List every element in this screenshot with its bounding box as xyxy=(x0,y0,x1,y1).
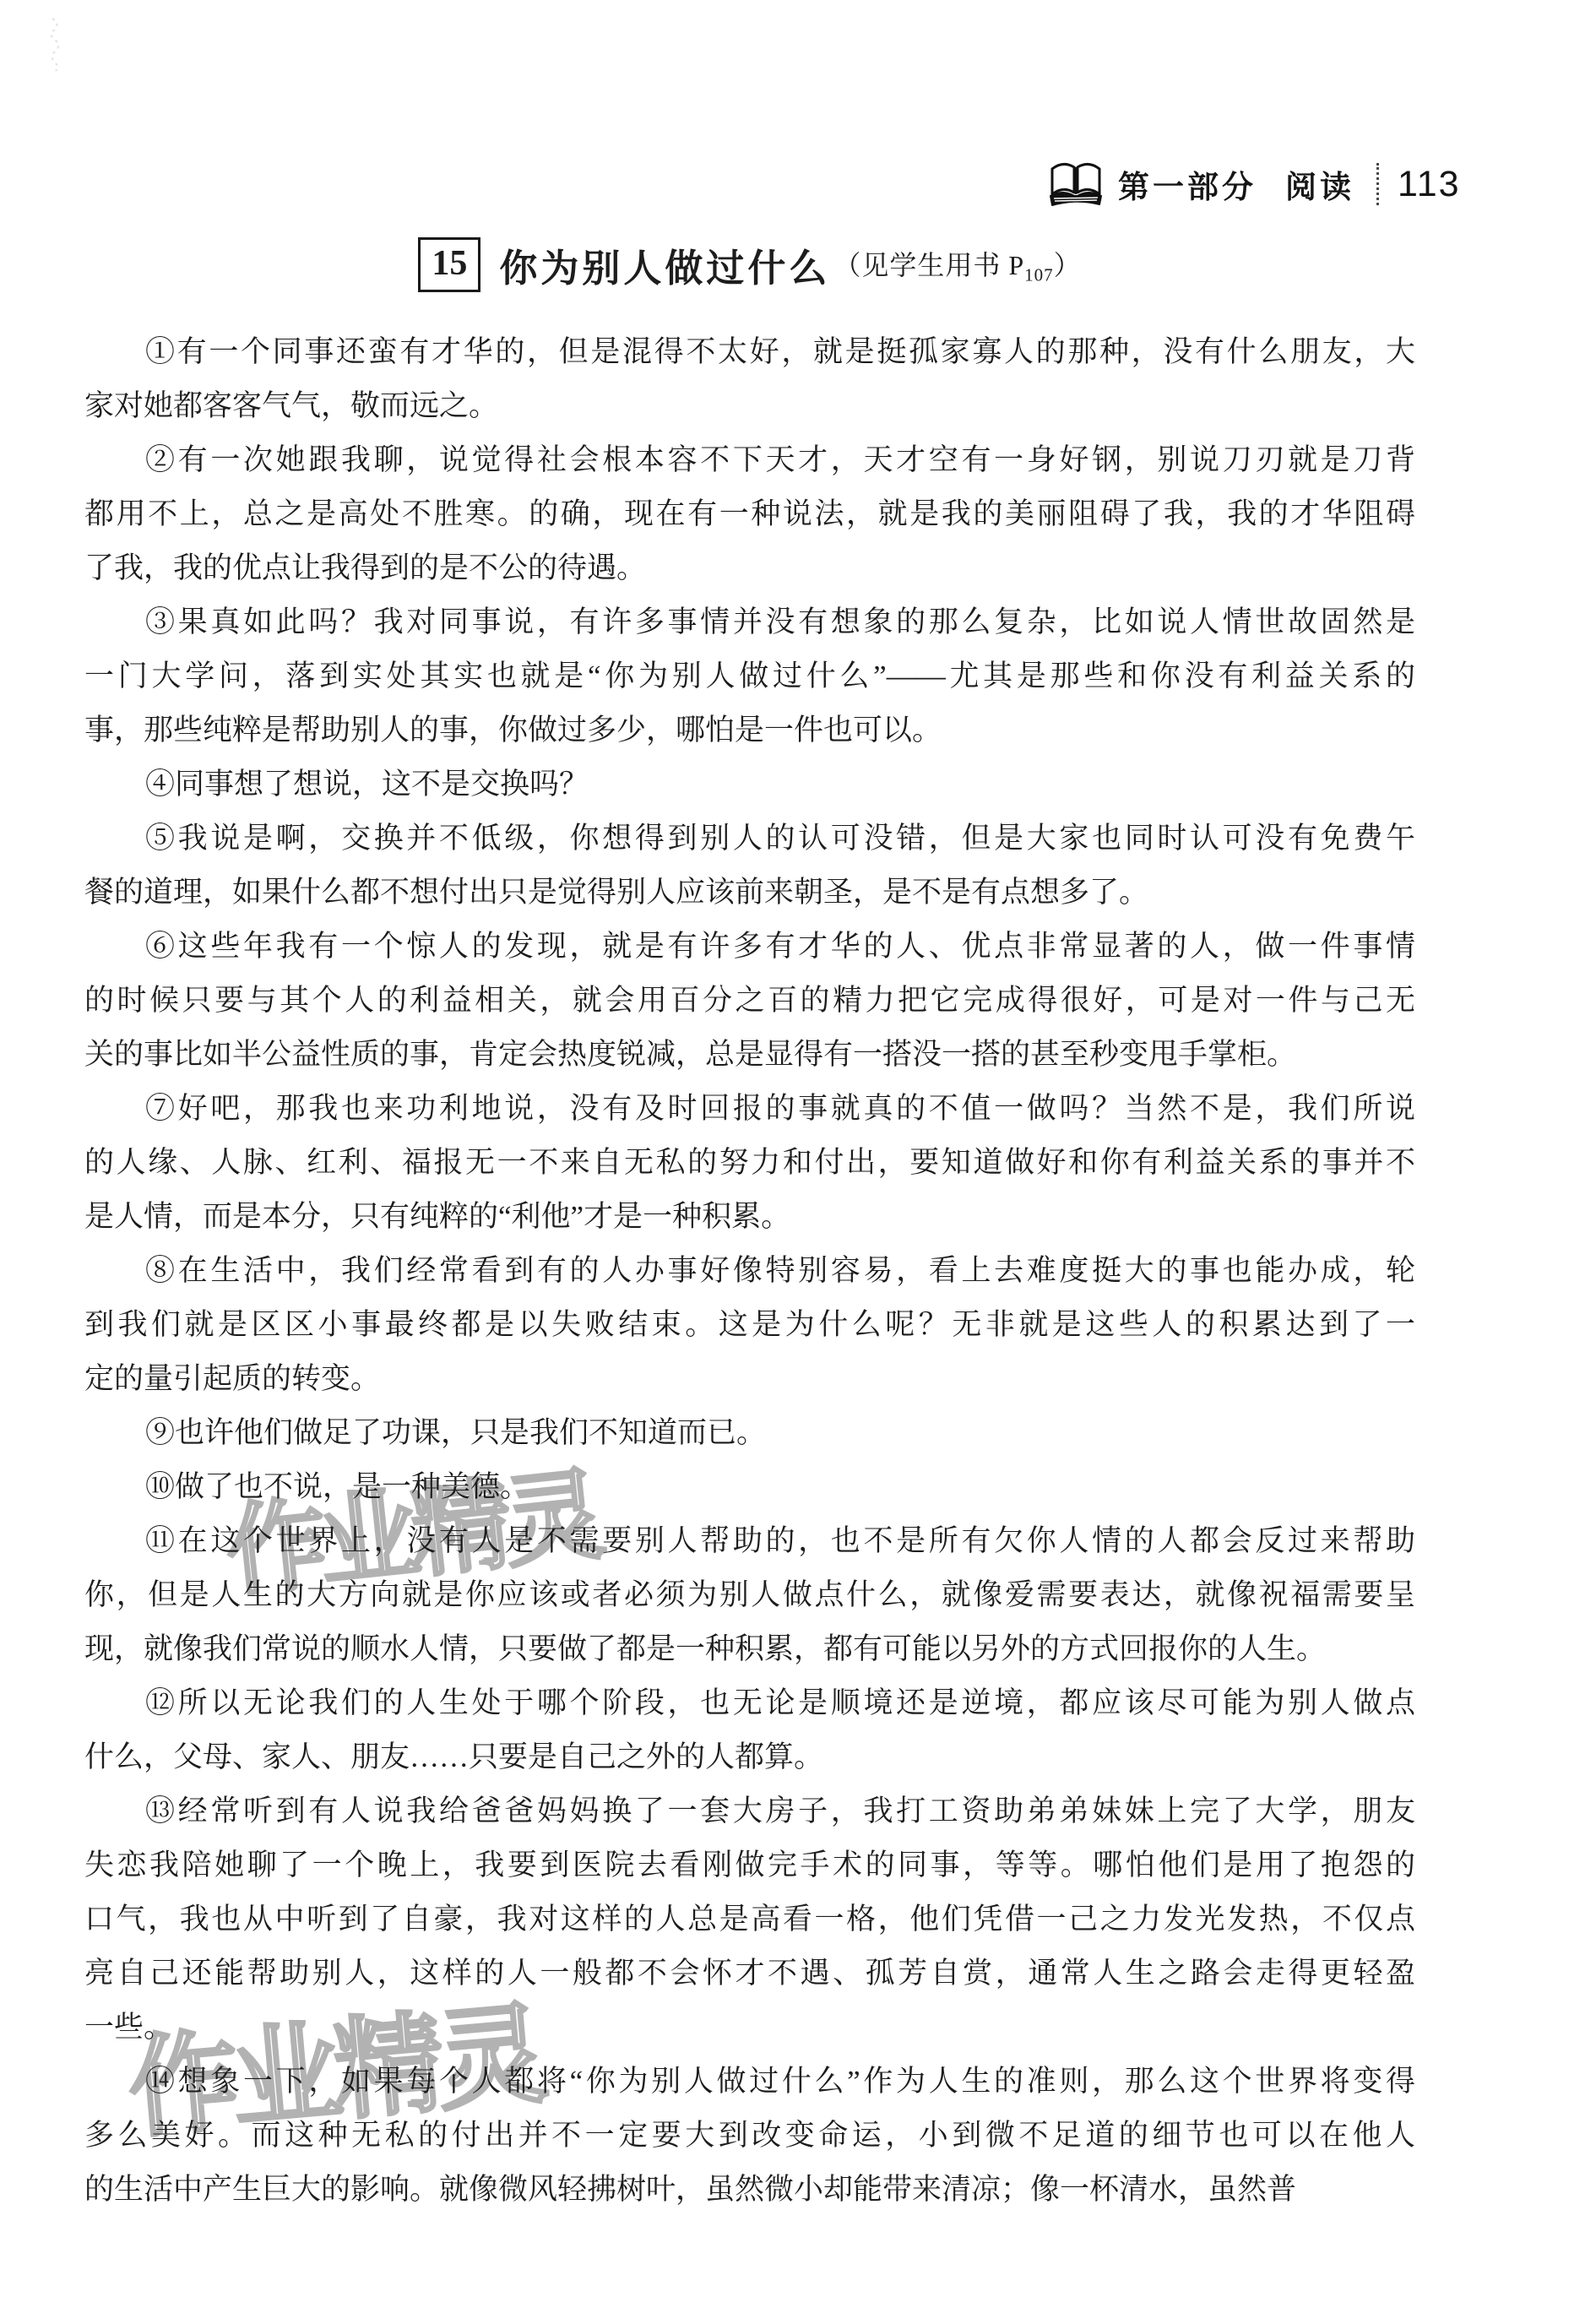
passage-line: 餐的道理，如果什么都不想付出只是觉得别人应该前来朝圣，是不是有点想多了。 xyxy=(84,866,1415,920)
passage-line: ④同事想了想说，这不是交换吗？ xyxy=(84,757,1415,812)
lesson-title-note: （见学生用书 P107） xyxy=(833,244,1081,285)
lesson-title: 你为别人做过什么 xyxy=(499,237,830,292)
passage-line: ⑥这些年我有一个惊人的发现，就是有许多有才华的人、优点非常显著的人，做一件事情 xyxy=(84,920,1415,974)
scan-artifact xyxy=(41,15,66,74)
passage-line: 现，就像我们常说的顺水人情，只要做了都是一种积累，都有可能以另外的方式回报你的人… xyxy=(84,1622,1415,1676)
passage-line: 关的事比如半公益性质的事，肯定会热度锐减，总是显得有一搭没一搭的甚至秒变甩手掌柜… xyxy=(84,1028,1415,1082)
passage-line: ⑨也许他们做足了功课，只是我们不知道而已。 xyxy=(84,1406,1415,1460)
passage-line: 的生活中产生巨大的影响。就像微风轻拂树叶，虽然微小却能带来清凉；像一杯清水，虽然… xyxy=(84,2163,1415,2217)
passage-line: 一些。 xyxy=(84,2001,1415,2055)
scanned-textbook-page: 第一部分 阅读 113 15 你为别人做过什么 （见学生用书 P107） ①有一… xyxy=(0,0,1596,2324)
header-subsection-label: 阅读 xyxy=(1285,161,1354,207)
passage-line: ③果真如此吗？我对同事说，有许多事情并没有想象的那么复杂，比如说人情世故固然是 xyxy=(84,595,1415,649)
passage-line: ⑧在生活中，我们经常看到有的人办事好像特别容易，看上去难度挺大的事也能办成，轮 xyxy=(84,1244,1415,1298)
passage-line: 事，那些纯粹是帮助别人的事，你做过多少，哪怕是一件也可以。 xyxy=(84,703,1415,757)
passage-line: 的人缘、人脉、红利、福报无一不来自无私的努力和付出，要知道做好和你有利益关系的事… xyxy=(84,1136,1415,1190)
passage-line: 你，但是人生的大方向就是你应该或者必须为别人做点什么，就像爱需要表达，就像祝福需… xyxy=(84,1568,1415,1622)
passage-line: 多么美好。而这种无私的付出并不一定要大到改变命运，小到微不足道的细节也可以在他人 xyxy=(84,2109,1415,2163)
passage-line: 什么，父母、家人、朋友……只要是自己之外的人都算。 xyxy=(84,1730,1415,1784)
open-book-icon xyxy=(1045,158,1106,210)
passage-line: 定的量引起质的转变。 xyxy=(84,1352,1415,1406)
lesson-number-box: 15 xyxy=(418,237,480,291)
passage-text: ①有一个同事还蛮有才华的，但是混得不太好，就是挺孤家寡人的那种，没有什么朋友，大… xyxy=(84,325,1415,2217)
passage-line: ②有一次她跟我聊，说觉得社会根本容不下天才，天才空有一身好钢，别说刀刃就是刀背 xyxy=(84,433,1415,487)
passage-line: 到我们就是区区小事最终都是以失败结束。这是为什么呢？无非就是这些人的积累达到了一 xyxy=(84,1298,1415,1352)
passage-line: 都用不上，总之是高处不胜寒。的确，现在有一种说法，就是我的美丽阻碍了我，我的才华… xyxy=(84,487,1415,541)
lesson-title-row: 15 你为别人做过什么 （见学生用书 P107） xyxy=(84,237,1415,292)
passage-line: ⑩做了也不说，是一种美德。 xyxy=(84,1460,1415,1514)
passage-line: 失恋我陪她聊了一个晚上，我要到医院去看刚做完手术的同事，等等。哪怕他们是用了抱怨… xyxy=(84,1838,1415,1892)
passage-line: ⑤我说是啊，交换并不低级，你想得到别人的认可没错，但是大家也同时认可没有免费午 xyxy=(84,812,1415,866)
passage-line: ①有一个同事还蛮有才华的，但是混得不太好，就是挺孤家寡人的那种，没有什么朋友，大 xyxy=(84,325,1415,379)
note-suffix: ） xyxy=(1054,250,1082,280)
passage-line: ⑪在这个世界上，没有人是不需要别人帮助的，也不是所有欠你人情的人都会反过来帮助 xyxy=(84,1514,1415,1568)
passage-line: 是人情，而是本分，只有纯粹的“利他”才是一种积累。 xyxy=(84,1190,1415,1244)
passage-line: 口气，我也从中听到了自豪，我对这样的人总是高看一格，他们凭借一己之力发光发热，不… xyxy=(84,1892,1415,1947)
page-header: 第一部分 阅读 113 xyxy=(1045,152,1461,216)
passage-line: 了我，我的优点让我得到的是不公的待遇。 xyxy=(84,541,1415,595)
passage-line: 亮自己还能帮助别人，这样的人一般都不会怀才不遇、孤芳自赏，通常人生之路会走得更轻… xyxy=(84,1947,1415,2001)
passage-line: 一门大学问，落到实处其实也就是“你为别人做过什么”——尤其是那些和你没有利益关系… xyxy=(84,649,1415,703)
header-section-label: 第一部分 xyxy=(1118,161,1257,207)
page-number: 113 xyxy=(1398,164,1461,205)
passage-line: ⑫所以无论我们的人生处于哪个阶段，也无论是顺境还是逆境，都应该尽可能为别人做点 xyxy=(84,1676,1415,1730)
header-divider xyxy=(1376,163,1379,205)
passage-line: 家对她都客客气气，敬而远之。 xyxy=(84,379,1415,433)
passage-line: ⑦好吧，那我也来功利地说，没有及时回报的事就真的不值一做吗？当然不是，我们所说 xyxy=(84,1082,1415,1136)
passage-line: 的时候只要与其个人的利益相关，就会用百分之百的精力把它完成得很好，可是对一件与己… xyxy=(84,974,1415,1028)
passage-line: ⑭想象一下，如果每个人都将“你为别人做过什么”作为人生的准则，那么这个世界将变得 xyxy=(84,2055,1415,2109)
note-prefix: （见学生用书 P xyxy=(833,250,1024,280)
passage-line: ⑬经常听到有人说我给爸爸妈妈换了一套大房子，我打工资助弟弟妹妹上完了大学，朋友 xyxy=(84,1784,1415,1838)
note-page-subscript: 107 xyxy=(1024,264,1054,285)
